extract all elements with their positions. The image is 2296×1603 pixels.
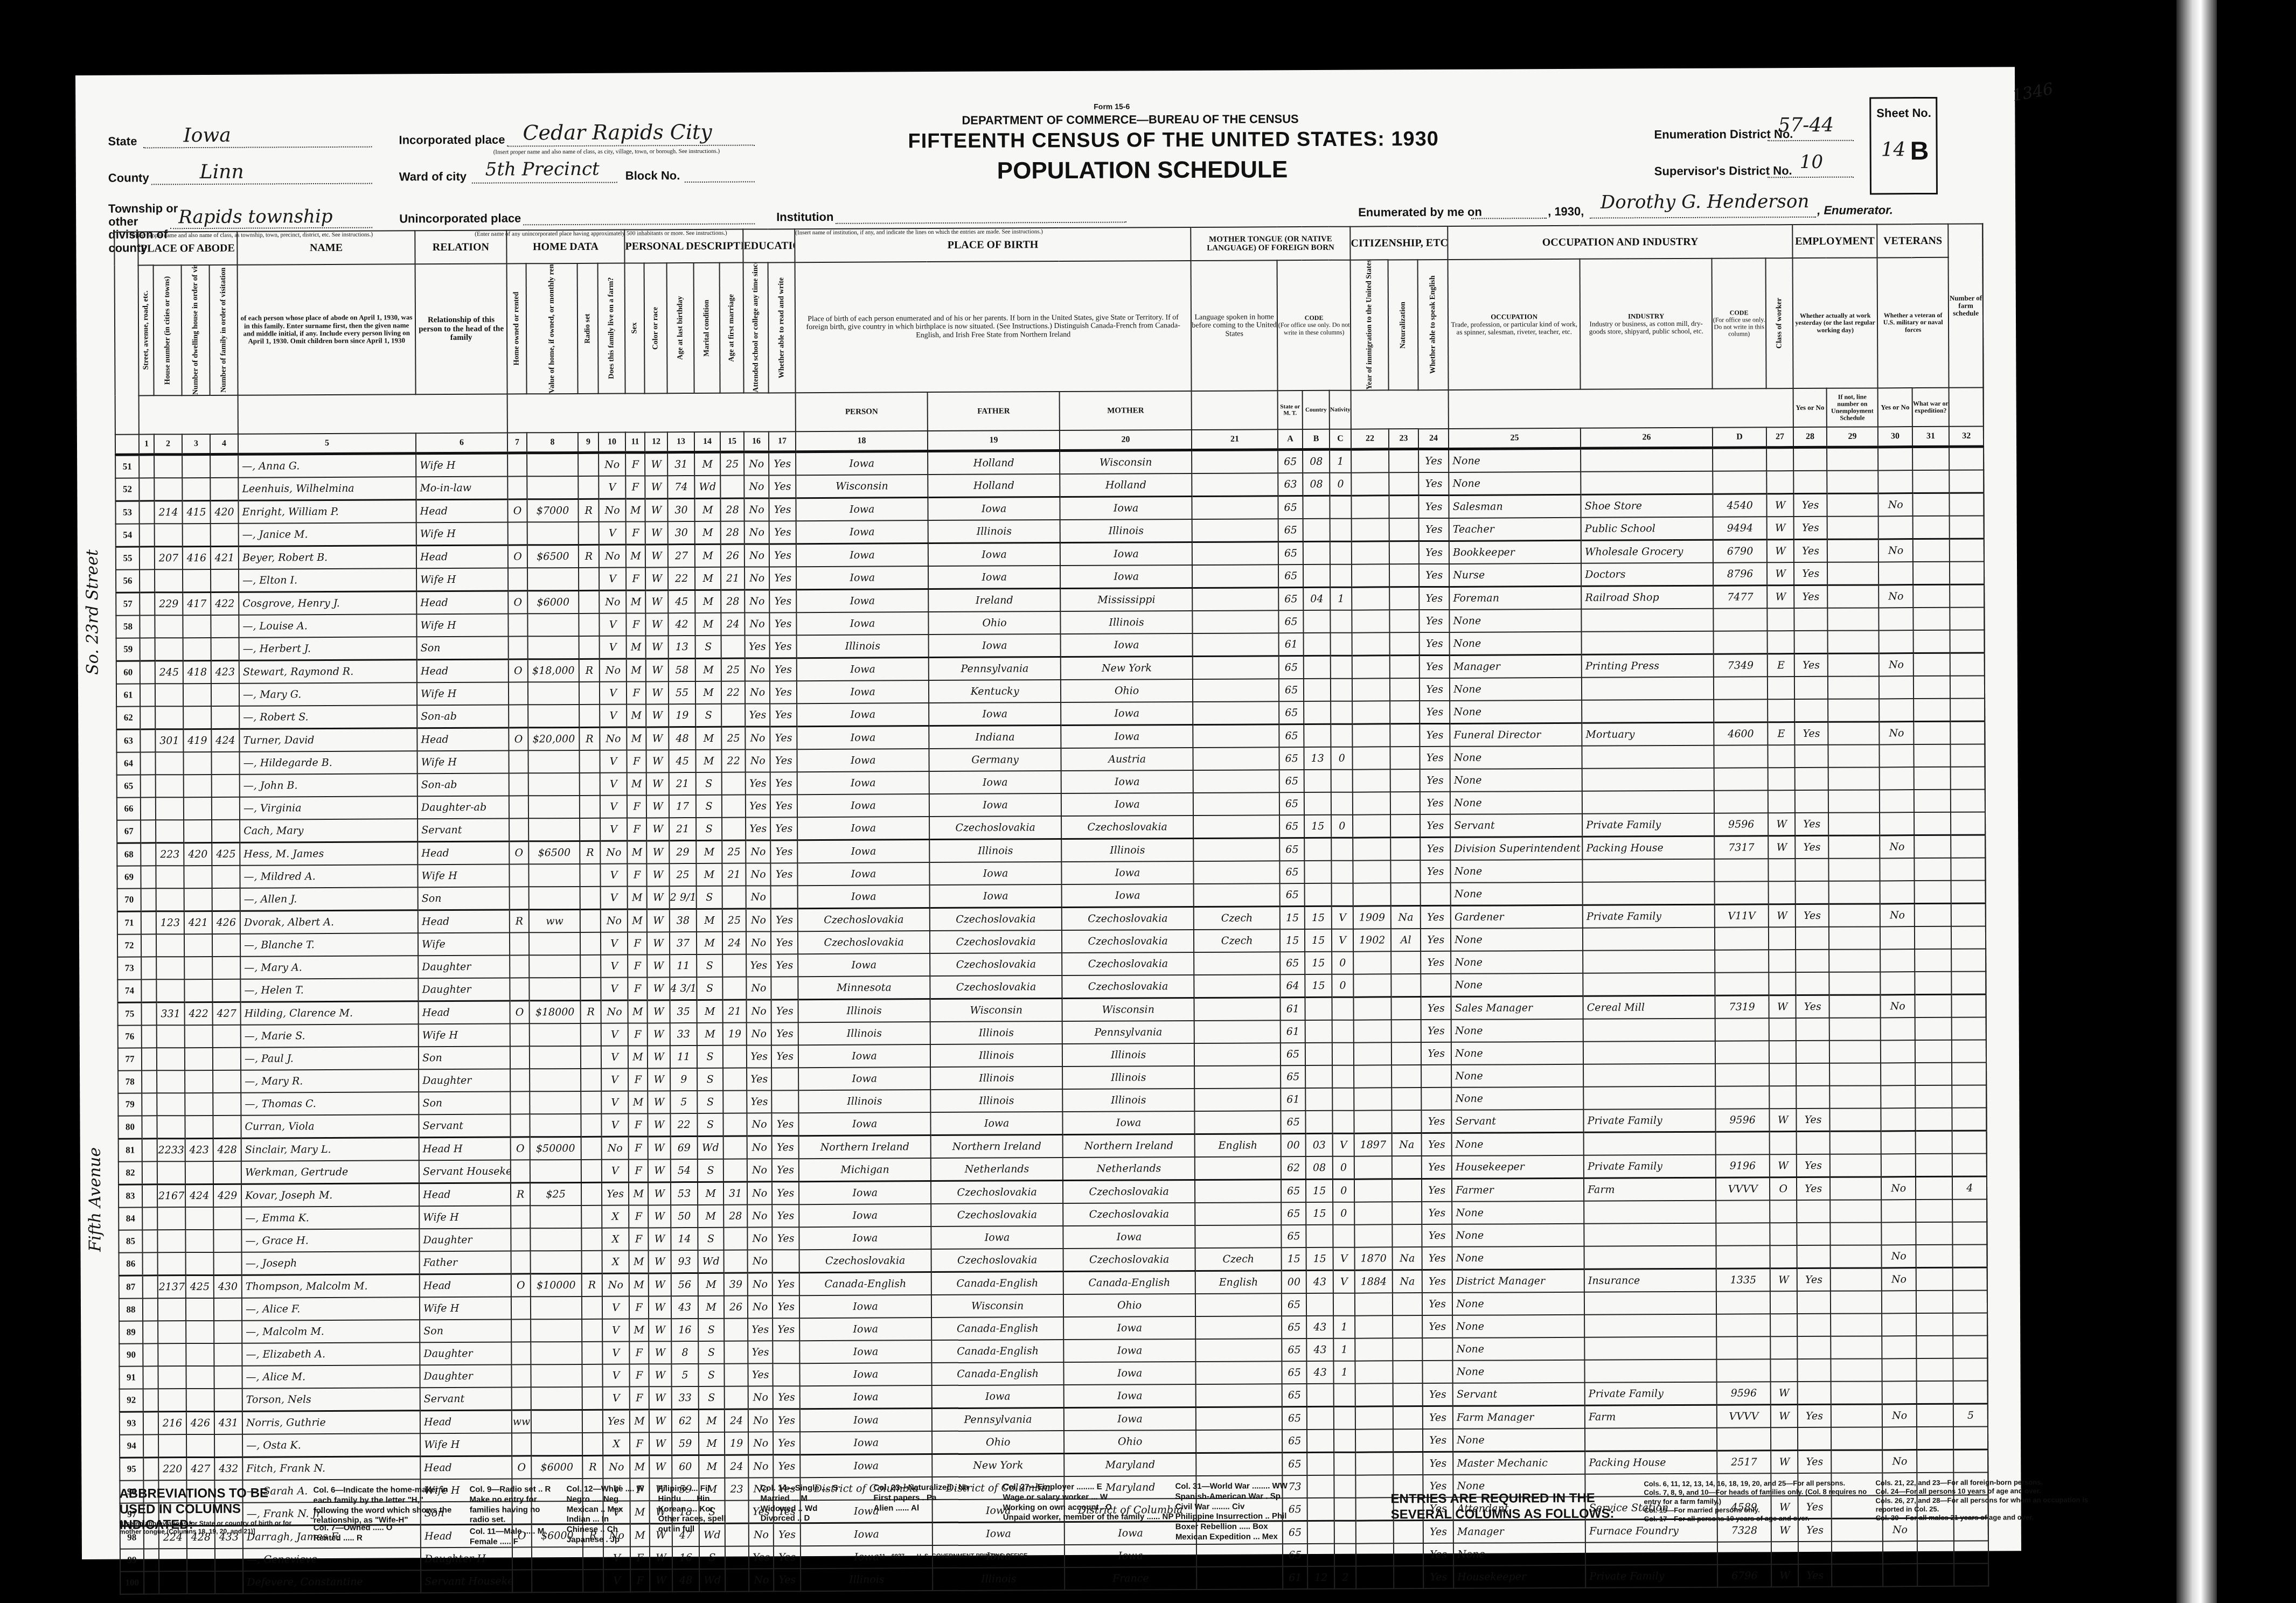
read-write-cell (771, 1090, 798, 1113)
family-number-cell: 427 (213, 1002, 241, 1025)
group-veterans: VETERANS (1877, 224, 1948, 258)
code-b-cell: 03 (1306, 1133, 1333, 1156)
home-owned-cell (508, 614, 527, 636)
house-number-cell (155, 524, 183, 547)
name-cell: —, Elton I. (239, 568, 416, 592)
read-write-cell: Yes (772, 1182, 799, 1205)
industry-cell (1583, 950, 1715, 973)
street-cell (141, 775, 156, 797)
sheet-number-box: Sheet No. 14 B (1869, 97, 1938, 195)
read-write-cell (771, 1068, 798, 1090)
occupation-cell: None (1452, 1292, 1584, 1315)
immigration-year-cell (1354, 1224, 1392, 1247)
speaks-english-cell: Yes (1420, 792, 1450, 814)
name-cell: —, Osta K. (242, 1433, 420, 1457)
class-of-worker-cell: W (1767, 540, 1794, 563)
code-d-cell: VVVV (1716, 1177, 1770, 1201)
relation-cell: Daughter-ab (418, 796, 509, 819)
street-cell (143, 1321, 158, 1343)
home-value-cell (531, 1251, 582, 1274)
code-a-cell: 00 (1281, 1134, 1306, 1157)
birthplace-mother-cell: Mississippi (1060, 588, 1192, 611)
code-b-cell (1304, 701, 1331, 724)
immigration-year-cell (1354, 1110, 1392, 1133)
marital-cell: Wd (694, 476, 720, 499)
age-cell: 17 (669, 795, 696, 818)
marital-cell: S (697, 977, 722, 1000)
speaks-english-cell: Yes (1422, 1110, 1452, 1133)
industry-cell (1583, 1041, 1715, 1064)
age-first-marriage-cell: 24 (722, 932, 746, 954)
home-value-cell: $50000 (530, 1137, 581, 1160)
code-a-cell: 65 (1278, 610, 1303, 633)
street-cell (139, 501, 154, 524)
code-c-cell (1332, 1065, 1354, 1088)
birthplace-person-cell: Iowa (799, 1204, 931, 1227)
veteran-cell (1880, 744, 1914, 767)
class-of-worker-cell: W (1771, 1451, 1798, 1474)
read-write-cell (773, 1363, 800, 1386)
immigration-year-cell (1352, 518, 1389, 541)
street-note-fifth-ave: Fifth Avenue (86, 1147, 105, 1252)
code-label: CODE (1305, 314, 1324, 322)
house-number-cell (155, 684, 183, 706)
veteran-cell (1879, 630, 1914, 653)
at-work-cell: Yes (1798, 1450, 1831, 1473)
sex-cell: M (629, 1250, 649, 1273)
immigration-year-cell: 1909 (1353, 906, 1391, 929)
immigration-year-cell (1355, 1429, 1393, 1452)
school-cell: Yes (746, 954, 771, 977)
immigration-year-cell (1354, 997, 1391, 1020)
birthplace-mother-cell: Iowa (1063, 1339, 1195, 1362)
street-cell (140, 729, 155, 752)
school-cell: No (748, 1295, 773, 1318)
race-cell: W (646, 772, 669, 795)
at-work-cell (1798, 1382, 1831, 1405)
code-d-cell (1716, 1223, 1770, 1245)
line-number: 86 (119, 1252, 143, 1276)
code-c-cell (1333, 1293, 1355, 1316)
code-a-cell: 65 (1280, 952, 1305, 974)
street-cell (142, 1070, 157, 1093)
group-citizenship: CITIZENSHIP, ETC. (1350, 226, 1448, 260)
school-cell: No (745, 658, 770, 681)
birthplace-father-cell: Holland (928, 451, 1060, 475)
family-number-cell: 426 (212, 911, 240, 934)
age-cell: 21 (669, 772, 696, 795)
code-c-cell (1332, 883, 1353, 907)
name-cell: —, Mary G. (239, 682, 417, 706)
race-cell: W (645, 452, 667, 476)
ed-value: 57-44 (1778, 114, 1834, 136)
sex-cell: F (629, 1341, 649, 1364)
naturalization-cell (1391, 1088, 1421, 1110)
dwelling-number-cell (183, 524, 211, 547)
code-c-cell: 2 (1334, 1566, 1356, 1589)
mother-tongue-cell (1196, 1544, 1283, 1567)
read-write-cell: Yes (774, 1569, 801, 1591)
unemployment-line-cell (1829, 972, 1880, 995)
industry-cell: Printing Press (1582, 654, 1714, 678)
sex-cell: F (629, 1205, 648, 1228)
mother-tongue-cell (1196, 1566, 1283, 1590)
dwelling-number-cell: 423 (185, 1138, 213, 1161)
occupation-cell: None (1451, 1019, 1583, 1042)
street-cell (143, 1343, 158, 1366)
place-of-birth-note: Place of birth of each person enumerated… (795, 261, 1192, 393)
class-of-worker-cell (1769, 1063, 1796, 1086)
war-cell (1917, 1427, 1953, 1450)
naturalization-cell (1389, 610, 1419, 632)
home-owned-cell (511, 1251, 531, 1274)
birthplace-father-cell: Northern Ireland (931, 1135, 1063, 1159)
street-cell (139, 478, 154, 501)
code-b-cell (1304, 770, 1331, 792)
farm-cell: No (600, 727, 627, 750)
birthplace-father-cell: Canada-English (932, 1362, 1064, 1385)
family-number-cell: 423 (211, 660, 239, 684)
veteran-cell (1880, 767, 1914, 790)
home-value-cell (529, 932, 580, 955)
veteran-cell: No (1882, 1450, 1917, 1473)
veteran-cell (1882, 1427, 1917, 1450)
relation-cell: Head (420, 1410, 512, 1433)
naturalization-cell (1393, 1338, 1422, 1361)
mother-tongue-cell (1192, 519, 1278, 542)
age-first-marriage-cell: 25 (722, 909, 746, 932)
occupation-cell: District Manager (1452, 1269, 1584, 1293)
mother-tongue-cell: Czech (1194, 929, 1280, 952)
mother-tongue-cell (1193, 724, 1279, 748)
age-cell: 11 (670, 954, 697, 977)
speaks-english-cell: Yes (1422, 1133, 1452, 1156)
code-a-cell: 65 (1281, 1065, 1305, 1088)
dwelling-number-cell (183, 706, 211, 729)
veteran-cell (1880, 812, 1914, 835)
marital-cell: Wd (698, 1136, 723, 1159)
relation-cell: Wife H (419, 1023, 510, 1047)
ward-label: Ward of city (399, 170, 467, 184)
dwelling-number-cell: 420 (184, 842, 212, 866)
war-cell (1913, 516, 1950, 539)
birthplace-person-cell: Illinois (798, 1090, 930, 1113)
occupation-cell: None (1452, 1201, 1584, 1224)
birthplace-person-cell: Iowa (796, 520, 928, 544)
house-number-cell (156, 934, 184, 957)
age-cell: 14 (671, 1228, 698, 1250)
birthplace-mother-cell: Wisconsin (1060, 450, 1192, 474)
naturalization-cell (1390, 769, 1420, 792)
race-cell: W (647, 886, 670, 909)
immigration-year-cell (1352, 587, 1389, 610)
name-cell: Kovar, Joseph M. (241, 1183, 419, 1207)
age-cell: 35 (670, 1000, 697, 1023)
dwelling-number-cell (183, 638, 211, 661)
birthplace-father-cell: Netherlands (931, 1158, 1063, 1181)
col-10-header: Does this family live on a farm? (598, 263, 625, 394)
code-b-cell: 15 (1306, 1247, 1333, 1271)
school-cell: No (745, 727, 770, 750)
radio-cell (582, 1319, 602, 1342)
school-cell: No (745, 612, 769, 635)
birthplace-father-cell: Indiana (929, 726, 1061, 749)
home-owned-cell (511, 1205, 530, 1228)
birthplace-father-cell: Czechoslovakia (931, 1203, 1063, 1226)
farm-schedule-cell (1953, 1449, 1988, 1473)
code-d-cell: 2517 (1717, 1451, 1771, 1474)
war-cell (1917, 1358, 1953, 1381)
war-cell (1913, 608, 1950, 630)
ward-value: 5th Precinct (485, 158, 600, 180)
war-cell (1915, 1040, 1952, 1063)
code-c-cell: 0 (1332, 974, 1353, 998)
line-number: 66 (117, 797, 141, 820)
industry-cell (1582, 631, 1714, 655)
column-number: 19 (928, 430, 1060, 451)
code-c-cell: V (1332, 906, 1353, 929)
birthplace-person-cell: Iowa (799, 1112, 931, 1136)
entries-title: ENTRIES ARE REQUIRED IN THE SEVERAL COLU… (1390, 1490, 1633, 1523)
street-cell (143, 1412, 158, 1435)
naturalization-cell (1393, 1383, 1423, 1406)
code-b-cell (1303, 564, 1330, 588)
war-cell (1915, 1063, 1952, 1085)
age-first-marriage-cell (723, 1091, 747, 1113)
street-cell (141, 911, 156, 935)
farm-cell: V (601, 932, 628, 955)
race-cell: W (645, 545, 668, 568)
radio-cell (581, 1205, 602, 1228)
birthplace-person-cell: Iowa (797, 703, 929, 727)
radio-cell (581, 1046, 601, 1069)
birthplace-person-cell: Minnesota (798, 976, 930, 1000)
col-25-title: OCCUPATION (1491, 312, 1537, 320)
read-write-cell (771, 886, 798, 909)
marital-cell: Wd (698, 1250, 724, 1273)
war-cell (1916, 1245, 1953, 1268)
dwelling-number-cell (184, 820, 212, 843)
class-of-worker-cell (1771, 1427, 1798, 1451)
unemployment-line-cell (1831, 1358, 1882, 1381)
birthplace-person-cell: Illinois (797, 635, 929, 658)
class-of-worker-cell (1769, 881, 1796, 904)
relation-cell: Wife H (420, 1297, 511, 1320)
veteran-cell (1882, 1313, 1916, 1336)
name-cell: Sinclair, Mary L. (241, 1138, 419, 1161)
column-number: 2 (154, 434, 182, 455)
birthplace-father-cell: Germany (929, 748, 1061, 771)
home-owned-cell (510, 978, 529, 1001)
age-first-marriage-cell: 25 (720, 452, 744, 476)
occupation-cell: None (1451, 928, 1583, 951)
age-first-marriage-cell (724, 1250, 748, 1273)
family-number-cell (212, 979, 240, 1002)
house-number-cell (155, 638, 183, 661)
abbrev-col27: Col. 27—Employer ........ E Wage or sala… (1003, 1482, 1173, 1523)
birthplace-father-cell: Pennsylvania (929, 657, 1061, 681)
age-first-marriage-cell: 28 (723, 1205, 747, 1228)
unemployment-line-cell (1828, 767, 1880, 790)
line-number: 77 (118, 1048, 142, 1070)
war-cell (1915, 858, 1951, 881)
school-cell: No (744, 475, 769, 498)
code-c-cell: 0 (1331, 815, 1353, 838)
race-cell: W (645, 567, 668, 590)
code-d-cell (1714, 699, 1768, 722)
speaks-english-cell (1422, 1338, 1452, 1361)
class-of-worker-cell (1769, 1041, 1796, 1063)
birthplace-person-cell: Northern Ireland (799, 1135, 931, 1159)
school-cell: No (748, 1273, 773, 1296)
farm-cell: No (599, 590, 626, 614)
line-number: 64 (116, 752, 140, 775)
industry-cell: Mortuary (1582, 722, 1714, 746)
unemployment-line-cell (1831, 1404, 1882, 1427)
read-write-cell: Yes (770, 635, 797, 658)
race-cell: W (650, 1546, 672, 1569)
name-cell: Torson, Nels (242, 1388, 420, 1411)
radio-cell (579, 705, 600, 728)
industry-cell: Farm (1585, 1405, 1717, 1428)
radio-cell (579, 590, 599, 614)
age-first-marriage-cell: 25 (721, 658, 745, 681)
farm-cell: V (601, 887, 628, 910)
read-write-cell: Yes (772, 1113, 799, 1136)
name-cell: —, Alice M. (242, 1365, 420, 1388)
immigration-year-cell (1355, 1315, 1393, 1338)
occupation-cell: Bookkeeper (1449, 540, 1581, 564)
radio-cell (582, 1433, 603, 1456)
veteran-cell: No (1878, 539, 1913, 562)
read-write-cell: Yes (773, 1273, 799, 1296)
street-cell (142, 1184, 157, 1208)
war-cell (1917, 1541, 1954, 1564)
code-b-cell (1307, 1544, 1334, 1566)
war-cell (1914, 676, 1950, 699)
birthplace-mother-cell: Iowa (1060, 542, 1192, 566)
code-b-cell (1304, 838, 1331, 861)
veteran-cell: No (1878, 493, 1913, 517)
family-number-cell (211, 615, 239, 638)
unemployment-line-cell (1827, 585, 1878, 608)
class-of-worker-cell (1768, 699, 1794, 722)
war-cell (1916, 1108, 1952, 1131)
radio-cell: R (579, 545, 599, 568)
family-number-cell (214, 1321, 242, 1343)
code-c-cell: 0 (1333, 1179, 1354, 1202)
class-of-worker-cell (1768, 745, 1795, 768)
race-cell: W (645, 521, 668, 545)
speaks-english-cell: Yes (1422, 1293, 1452, 1315)
speaks-english-cell: Yes (1422, 1247, 1452, 1270)
speaks-english-cell: Yes (1423, 1452, 1453, 1475)
col-14-header: Marital condition (694, 263, 720, 393)
sex-cell: M (628, 909, 647, 932)
veteran-cell: No (1880, 835, 1914, 859)
at-work-cell (1796, 1041, 1829, 1063)
radio-cell (579, 522, 599, 545)
code-b-cell (1305, 1020, 1332, 1043)
line-number: 89 (119, 1321, 143, 1343)
war-cell (1916, 1131, 1952, 1154)
home-value-cell: $25 (530, 1182, 581, 1205)
class-of-worker-cell: E (1768, 654, 1794, 677)
code-d-cell (1715, 927, 1769, 950)
birthplace-mother-cell: Illinois (1062, 1089, 1194, 1112)
code-c-cell: 1 (1330, 449, 1351, 473)
name-cell: —, Marie S. (241, 1024, 419, 1047)
speaks-english-cell: Yes (1421, 951, 1451, 974)
birthplace-person-cell: Iowa (797, 749, 929, 772)
naturalization-cell (1391, 997, 1421, 1020)
birthplace-mother-cell: Wisconsin (1062, 998, 1194, 1021)
mother-tongue-cell (1193, 679, 1279, 702)
home-value-cell: $6500 (527, 545, 579, 568)
birthplace-father-cell: Illinois (930, 1089, 1062, 1112)
marital-cell: M (699, 1455, 725, 1478)
relation-cell: Head (416, 545, 508, 568)
col-15-header: Age at first marriage (720, 263, 744, 393)
name-cell: Turner, David (239, 728, 417, 752)
marital-cell: M (698, 1205, 723, 1228)
enumerated-label: Enumerated by me on (1358, 205, 1482, 220)
relation-cell: Servant (418, 819, 509, 842)
farm-cell: V (599, 614, 626, 636)
occupation-cell: None (1450, 678, 1582, 701)
birthplace-person-cell: Iowa (797, 817, 929, 840)
line-number: 91 (119, 1366, 143, 1389)
code-b-cell (1306, 1225, 1333, 1247)
township-value: Rapids township (178, 206, 333, 228)
occupation-cell: None (1450, 746, 1582, 769)
family-number-cell: 429 (213, 1184, 241, 1207)
unemployment-line-cell (1828, 812, 1880, 835)
name-cell: —, Alice F. (242, 1297, 420, 1320)
code-d-cell: 7317 (1714, 836, 1768, 859)
speaks-english-cell (1421, 1065, 1451, 1088)
farm-schedule-cell (1952, 1222, 1987, 1245)
code-b-cell: 43 (1306, 1270, 1333, 1293)
column-number: 29 (1827, 427, 1878, 447)
birthplace-person-cell: Iowa (796, 589, 928, 613)
birthplace-mother-cell: Illinois (1062, 1066, 1194, 1089)
house-number-cell (158, 1366, 186, 1389)
farm-schedule-cell (1954, 1541, 1988, 1564)
column-number: 25 (1449, 428, 1581, 449)
mother-tongue-cell (1196, 1361, 1282, 1384)
home-owned-cell (511, 1297, 531, 1319)
code-a-cell: 65 (1281, 1225, 1306, 1247)
race-cell: W (648, 1137, 671, 1160)
house-number-cell: 301 (155, 729, 183, 752)
home-value-cell: $6500 (528, 841, 580, 864)
mother-tongue-cell (1193, 656, 1279, 679)
birthplace-mother-cell: Czechoslovakia (1062, 952, 1194, 975)
dwelling-number-cell: 426 (186, 1411, 214, 1434)
industry-cell: Private Family (1585, 1382, 1717, 1406)
race-cell: W (648, 1159, 671, 1182)
col-c-header: Nativity (1330, 391, 1351, 429)
war-cell (1914, 812, 1951, 835)
code-d-cell (1715, 1086, 1769, 1109)
immigration-year-cell (1353, 838, 1390, 861)
birthplace-mother-cell: Ohio (1061, 679, 1193, 702)
home-value-cell (531, 1297, 582, 1319)
age-first-marriage-cell (722, 772, 746, 795)
occupation-cell: Servant (1450, 814, 1582, 838)
occupation-cell: Housekeeper (1453, 1565, 1585, 1588)
